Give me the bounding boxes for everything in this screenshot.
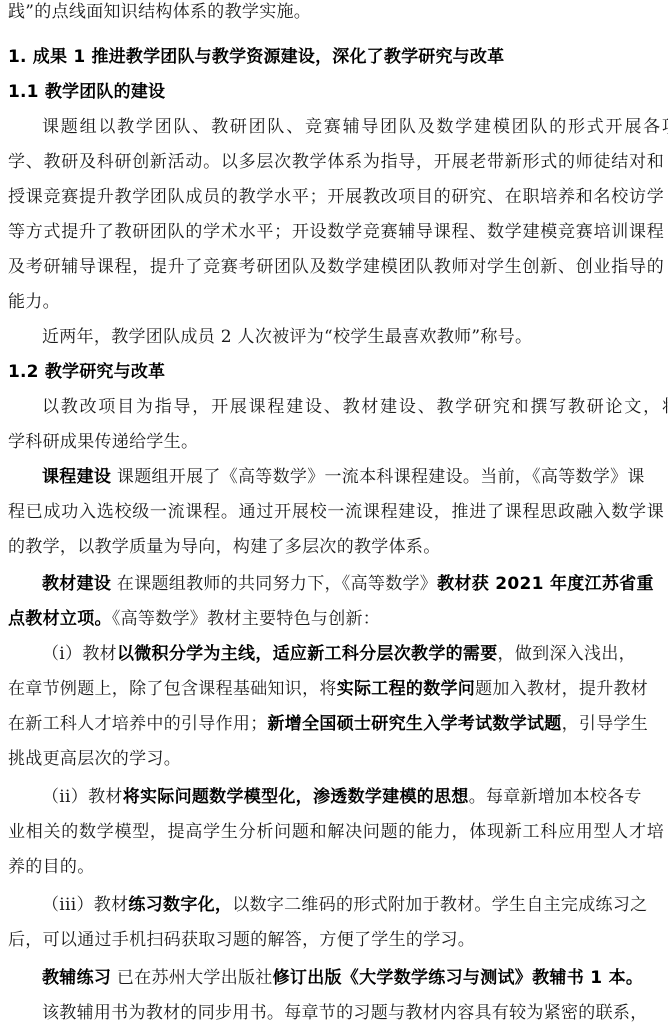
text-span: 在章节例题上，除了包含课程基础知识，将 bbox=[8, 679, 337, 699]
subsection-heading-1-1: 1.1 教学团队的建设 bbox=[8, 80, 664, 104]
paragraph-line: 后，可以通过手机扫码获取习题的解答，方便了学生的学习。 bbox=[8, 928, 664, 952]
section-heading-1: 1. 成果 1 推进教学团队与教学资源建设，深化了教学研究与改革 bbox=[8, 45, 664, 69]
text-line: 践”的点线面知识结构体系的教学实施。 bbox=[8, 0, 664, 24]
text-span: 题加入教材，提升教材 bbox=[475, 679, 648, 699]
paragraph-line: 在新工科人才培养中的引导作用；新增全国硕士研究生入学考试数学试题，引导学生 bbox=[8, 712, 664, 736]
bold-span: 新增全国硕士研究生入学考试数学试题 bbox=[268, 714, 562, 734]
bold-span: 实际工程的数学问 bbox=[337, 679, 475, 699]
textbook-building-label: 教材建设 bbox=[42, 574, 111, 594]
bold-span: 练习数字化， bbox=[128, 895, 232, 915]
item-ii-line: （ii）教材将实际问题数学模型化，渗透数学建模的思想。每章新增加本校各专 bbox=[8, 785, 668, 809]
paragraph-line: 该教辅用书为教材的同步用书。每章节的习题与教材内容具有较为紧密的联系， bbox=[8, 1001, 668, 1025]
paragraph-line: 以教改项目为指导，开展课程建设、教材建设、教学研究和撰写教研论文，将教 bbox=[8, 395, 668, 419]
paragraph-line: 及考研辅导课程，提升了竞赛考研团队及数学建模团队教师对学生创新、创业指导的 bbox=[8, 255, 664, 279]
paragraph-line: 业相关的数学模型，提高学生分析问题和解决问题的能力，体现新工科应用型人才培 bbox=[8, 820, 664, 844]
paragraph-line: 的教学，以教学质量为导向，构建了多层次的教学体系。 bbox=[8, 535, 664, 559]
textbook-building-line: 教材建设 在课题组教师的共同努力下，《高等数学》教材获 2021 年度江苏省重 bbox=[8, 572, 668, 596]
bold-span: 修订出版《大学数学练习与测试》教辅书 1 本。 bbox=[273, 968, 644, 988]
paragraph-line: 授课竞赛提升教学团队成员的教学水平；开展教改项目的研究、在职培养和名校访学 bbox=[8, 185, 664, 209]
text-span: ，引导学生 bbox=[562, 714, 649, 734]
text-span: （i）教材 bbox=[42, 644, 117, 664]
paragraph-line: 程已成功入选校级一流课程。通过开展校一流课程建设，推进了课程思政融入数学课 bbox=[8, 500, 664, 524]
paragraph-line: 等方式提升了教研团队的学术水平；开设数学竞赛辅导课程、数学建模竞赛培训课程 bbox=[8, 220, 664, 244]
text-span: 。每章新增加本校各专 bbox=[469, 787, 642, 807]
paragraph-line: 挑战更高层次的学习。 bbox=[8, 747, 664, 771]
paragraph-line: 能力。 bbox=[8, 290, 664, 314]
subsection-heading-1-2: 1.2 教学研究与改革 bbox=[8, 360, 664, 384]
text-span: （ii）教材 bbox=[42, 787, 123, 807]
paragraph-line: 在章节例题上，除了包含课程基础知识，将实际工程的数学问题加入教材，提升教材 bbox=[8, 677, 664, 701]
text-span: 已在苏州大学出版社 bbox=[111, 968, 272, 988]
text-span: 以数字二维码的形式附加于教材。学生自主完成练习之 bbox=[232, 895, 647, 915]
text-span: 《高等数学》教材主要特色与创新： bbox=[112, 609, 380, 629]
item-iii-line: （iii）教材练习数字化，以数字二维码的形式附加于教材。学生自主完成练习之 bbox=[8, 893, 668, 917]
exercise-line: 教辅练习 已在苏州大学出版社修订出版《大学数学练习与测试》教辅书 1 本。 bbox=[8, 966, 668, 990]
bold-span: 将实际问题数学模型化，渗透数学建模的思想 bbox=[123, 787, 469, 807]
text-span: （iii）教材 bbox=[42, 895, 128, 915]
text-span: 在新工科人才培养中的引导作用； bbox=[8, 714, 268, 734]
paragraph-line: 学、教研及科研创新活动。以多层次教学体系为指导，开展老带新形式的师徒结对和 bbox=[8, 150, 664, 174]
bold-span: 点教材立项。 bbox=[8, 609, 112, 629]
text-span: ，做到深入浅出， bbox=[498, 644, 636, 664]
bold-span: 教材获 2021 年度江苏省重 bbox=[437, 574, 654, 594]
course-building-line: 课程建设 课题组开展了《高等数学》一流本科课程建设。当前，《高等数学》课 bbox=[8, 465, 668, 489]
exercise-label: 教辅练习 bbox=[42, 968, 111, 988]
text-span: 在课题组教师的共同努力下，《高等数学》 bbox=[111, 574, 437, 594]
paragraph-line: 学科研成果传递给学生。 bbox=[8, 430, 664, 454]
paragraph-line: 养的目的。 bbox=[8, 855, 664, 879]
text-span: 课题组开展了《高等数学》一流本科课程建设。当前，《高等数学》课 bbox=[111, 467, 645, 487]
paragraph-line: 近两年，教学团队成员 2 人次被评为“校学生最喜欢教师”称号。 bbox=[8, 325, 668, 349]
item-i-line: （i）教材以微积分学为主线，适应新工科分层次教学的需要，做到深入浅出， bbox=[8, 642, 668, 666]
bold-span: 以微积分学为主线，适应新工科分层次教学的需要 bbox=[117, 644, 498, 664]
paragraph-line: 点教材立项。《高等数学》教材主要特色与创新： bbox=[8, 607, 664, 631]
course-building-label: 课程建设 bbox=[42, 467, 111, 487]
paragraph-line: 课题组以教学团队、教研团队、竞赛辅导团队及数学建模团队的形式开展各项教 bbox=[8, 115, 668, 139]
